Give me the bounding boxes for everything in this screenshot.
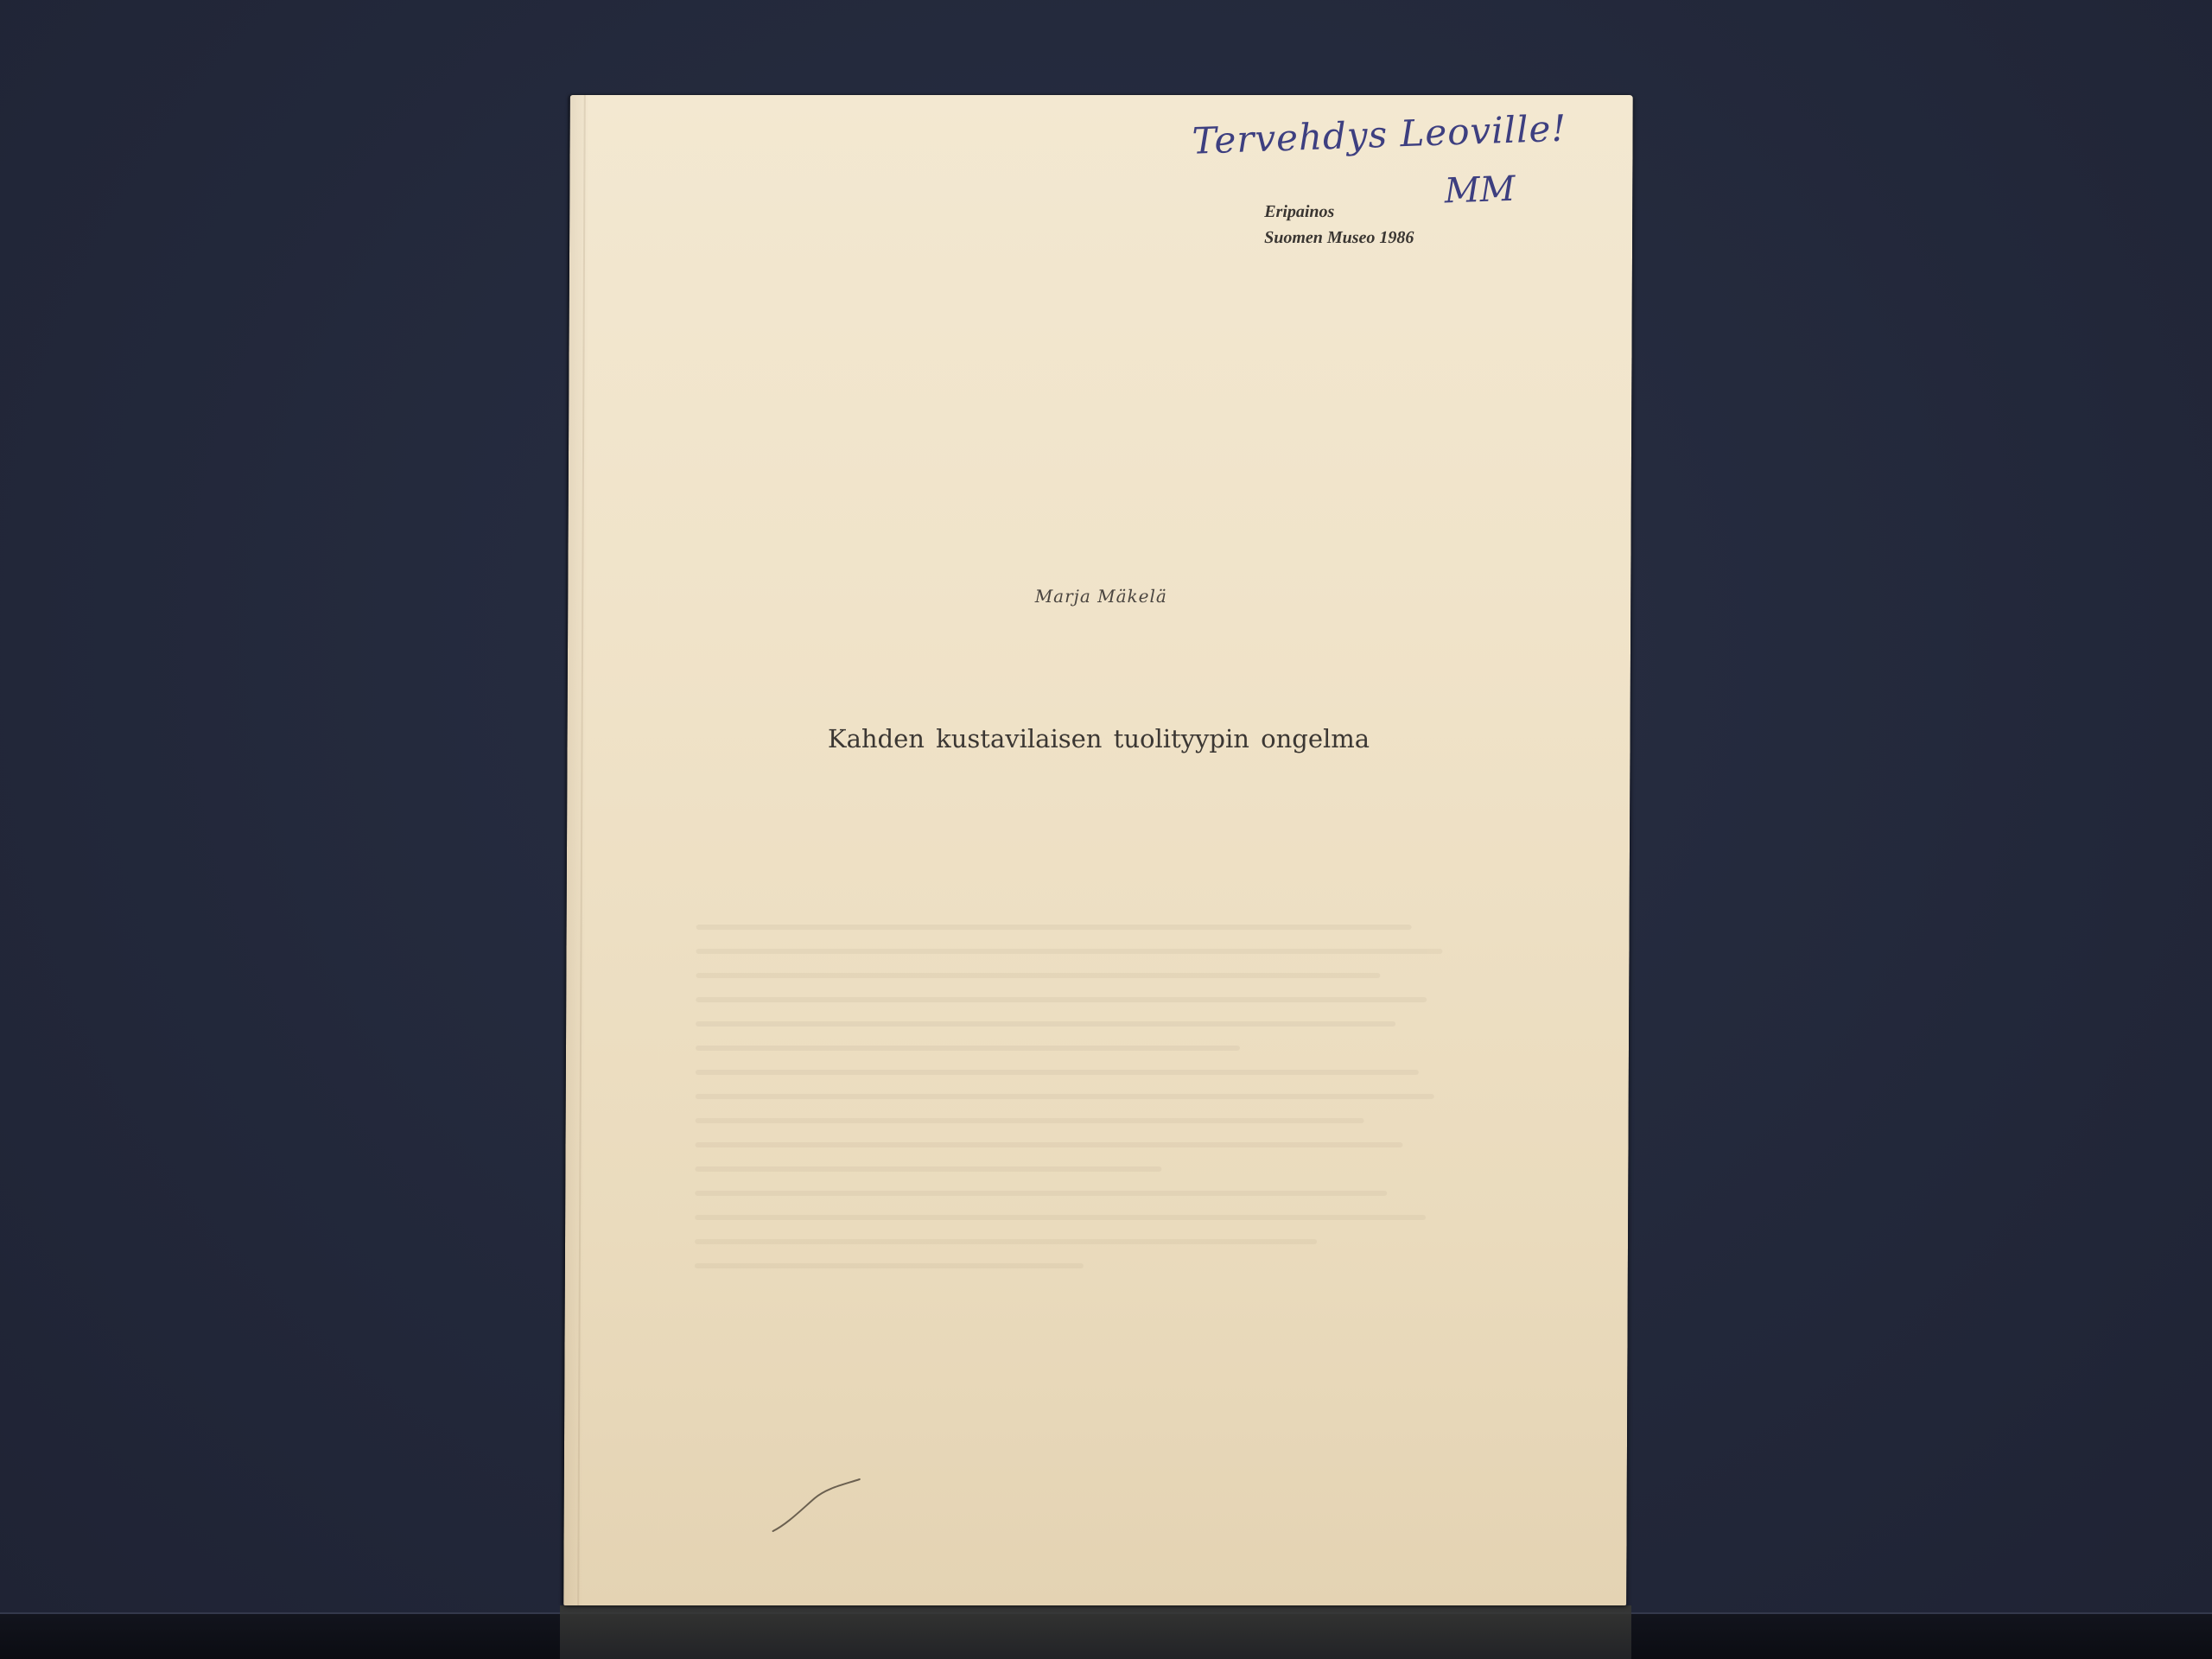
handwritten-dedication: Tervehdys Leoville! MM <box>1192 105 1624 162</box>
document-title: Kahden kustavilaisen tuolityypin ongelma <box>567 724 1630 753</box>
publication-info: Eripainos Suomen Museo 1986 <box>1264 199 1414 251</box>
dedication-signature: MM <box>1444 169 1516 212</box>
spine-fold <box>577 95 586 1605</box>
document-cover: Tervehdys Leoville! MM Eripainos Suomen … <box>563 95 1633 1605</box>
author-name: Marja Mäkelä <box>568 586 1630 607</box>
offprint-label: Eripainos <box>1264 199 1414 225</box>
pencil-mark <box>770 1476 865 1536</box>
publication-source: Suomen Museo 1986 <box>1264 225 1414 251</box>
dedication-text: Tervehdys Leoville! <box>1192 105 1624 162</box>
show-through-text <box>694 925 1473 1374</box>
paper-shadow <box>560 1605 1631 1659</box>
